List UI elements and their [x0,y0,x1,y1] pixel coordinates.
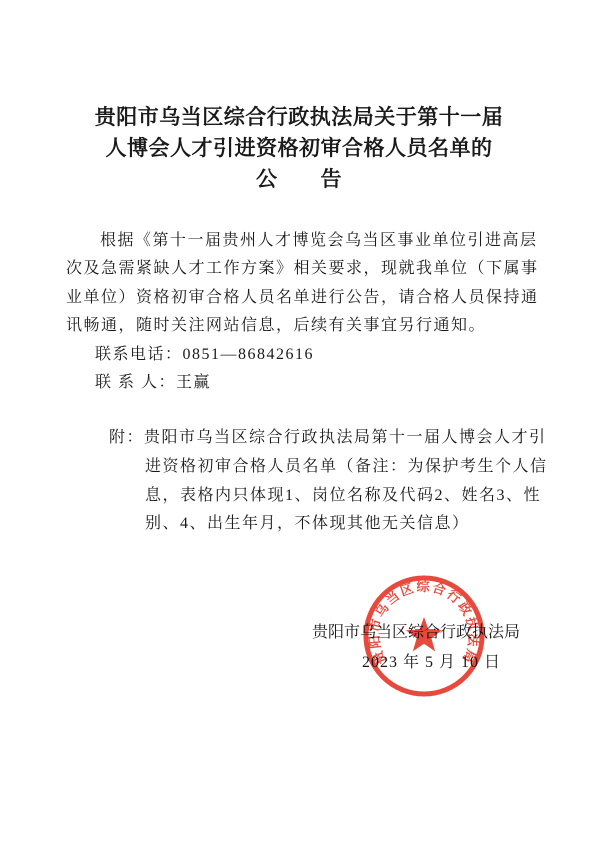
contact-phone: 联系电话：0851—86842616 [66,341,536,369]
paragraph-line: 业单位）资格初审合格人员名单进行公告，请合格人员保持通 [66,284,536,312]
body-paragraph: 根据《第十一届贵州人才博览会乌当区事业单位引进高层 次及急需紧缺人才工作方案》相… [66,227,536,397]
official-seal: 贵阳市乌当区综合行政执法局 [354,566,494,706]
title-line-3: 公 告 [0,164,598,195]
title-line-1: 贵阳市乌当区综合行政执法局关于第十一届 [0,102,598,133]
paragraph-line: 次及急需紧缺人才工作方案》相关要求，现就我单位（下属事 [66,255,536,283]
attachment-line: 进资格初审合格人员名单（备注：为保护考生个人信 [66,453,536,482]
attachment-note: 附：贵阳市乌当区综合行政执法局第十一届人博会人才引 进资格初审合格人员名单（备注… [66,424,536,539]
attachment-text: 贵阳市乌当区综合行政执法局第十一届人博会人才引 [144,429,547,446]
title-line-2: 人博会人才引进资格初审合格人员名单的 [0,133,598,164]
star-icon [406,617,442,651]
document-title: 贵阳市乌当区综合行政执法局关于第十一届 人博会人才引进资格初审合格人员名单的 公… [0,102,598,195]
attachment-line: 附：贵阳市乌当区综合行政执法局第十一届人博会人才引 [66,424,536,453]
contact-person: 联 系 人：王赢 [66,369,536,397]
paragraph-line: 根据《第十一届贵州人才博览会乌当区事业单位引进高层 [66,227,536,255]
paragraph-line: 讯畅通，随时关注网站信息，后续有关事宜另行通知。 [66,312,536,340]
attachment-line: 息，表格内只体现1、岗位名称及代码2、姓名3、性 [66,482,536,511]
attachment-label: 附： [109,429,144,446]
attachment-line: 别、4、出生年月，不体现其他无关信息） [66,510,536,539]
document-page: 贵阳市乌当区综合行政执法局关于第十一届 人博会人才引进资格初审合格人员名单的 公… [0,0,598,846]
